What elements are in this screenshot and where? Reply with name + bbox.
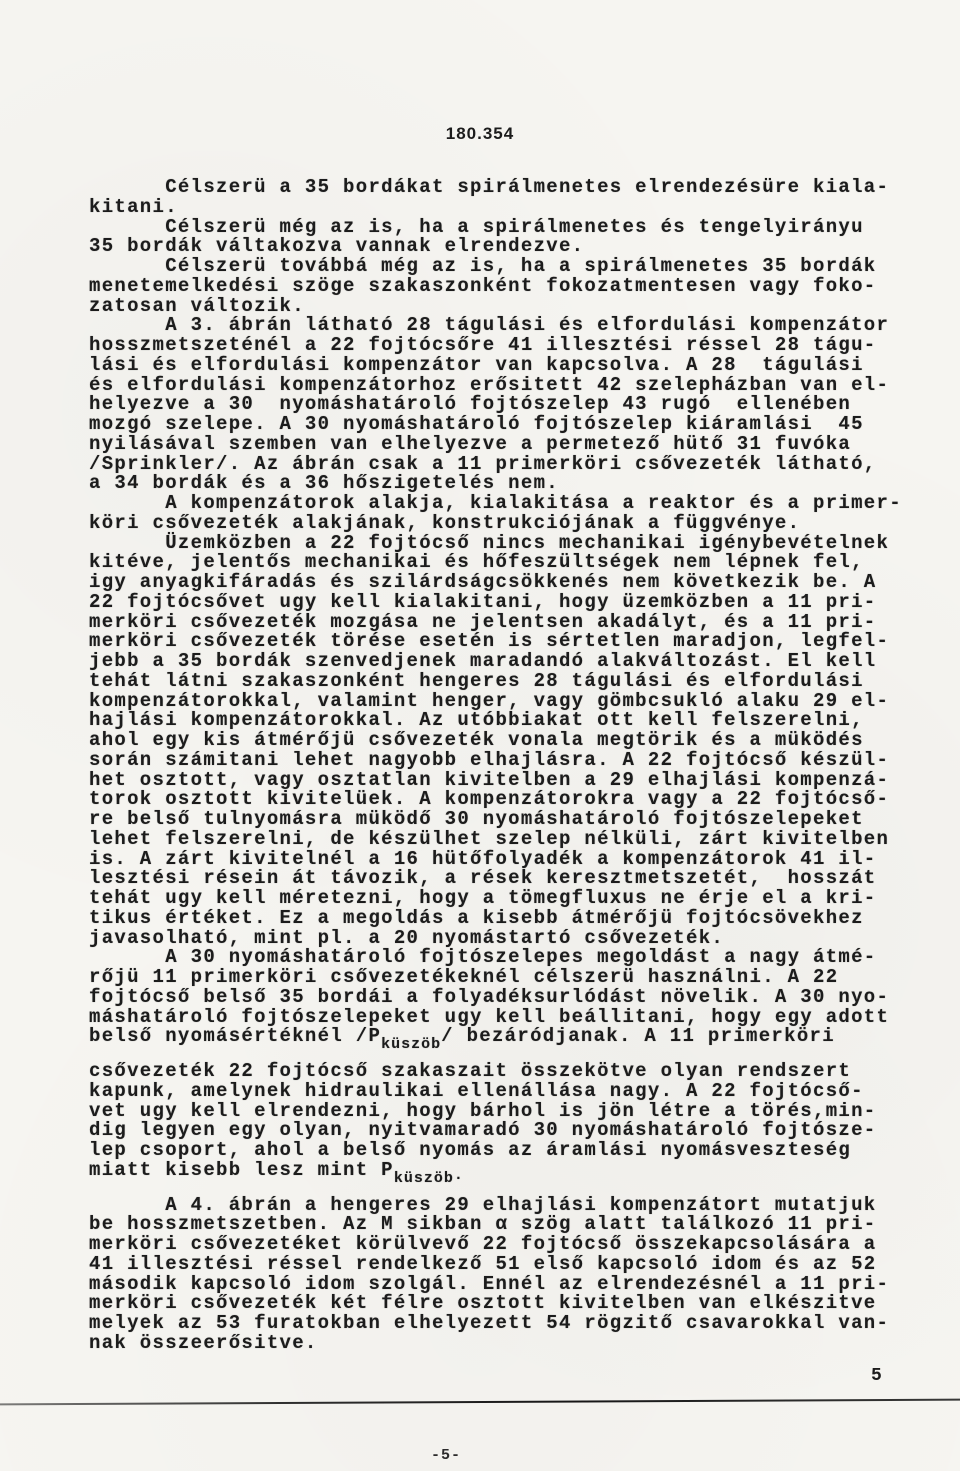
text-line: Célszerü a 35 bordákat spirálmenetes elr…	[89, 178, 904, 198]
text-line: A kompenzátorok alakja, kialakitása a re…	[89, 494, 904, 514]
text-line: mozgó szelepe. A 30 nyomáshatároló fojtó…	[89, 415, 904, 435]
text-line: 22 fojtócsővet ugy kell kialakitani, hog…	[89, 593, 904, 613]
text-line: lehet felszerelni, de készülhet szelep n…	[89, 830, 904, 850]
text-line: hosszmetszeténél a 22 fojtócsőre 41 ille…	[89, 336, 904, 356]
text-line: merköri csővezetéket körülvevő 22 fojtóc…	[89, 1235, 904, 1255]
text-line: fojtócső belső 35 bordái a folyadéksurló…	[89, 988, 904, 1008]
text-line: ahol egy kis átmérőjü csővezeték vonala …	[89, 731, 904, 751]
text-line: 41 illesztési réssel rendelkező 51 első …	[89, 1255, 904, 1275]
text-line: kapunk, amelynek hidraulikai ellenállása…	[89, 1082, 904, 1102]
text-line: lási és elfordulási kompenzátor van kapc…	[89, 356, 904, 376]
text-line: jebb a 35 bordák szenvedjenek maradandó …	[89, 652, 904, 672]
text-line: igy anyagkifáradás és szilárdságcsökkené…	[89, 573, 904, 593]
text-line: miatt kisebb lesz mint Pküszöb·	[89, 1161, 904, 1181]
text-line: csővezeték 22 fojtócső szakaszait összek…	[89, 1062, 904, 1082]
patent-number-heading: 180.354	[0, 124, 960, 144]
subscript-text: küszöb·	[394, 1170, 464, 1187]
text-line: köri csővezeték alakjának, konstrukciójá…	[89, 514, 904, 534]
text-line: tikus értéket. Ez a megoldás a kisebb át…	[89, 909, 904, 929]
footer-page-number: -5-	[431, 1447, 461, 1464]
text-line: nak összeerősitve.	[89, 1334, 904, 1354]
subscript-text: küszöb	[381, 1036, 441, 1053]
text-segment: miatt kisebb lesz mint P	[89, 1159, 394, 1181]
text-line: belső nyomásértéknél /Pküszöb/ bezáródja…	[89, 1027, 904, 1047]
text-line: Célszerü továbbá még az is, ha a spirálm…	[89, 257, 904, 277]
text-line: tehát látni szakaszonként hengeres 28 tá…	[89, 672, 904, 692]
text-line: kitani.	[89, 198, 904, 218]
text-line: során számitani lehet nagyobb elhajlásra…	[89, 751, 904, 771]
text-segment: / bezáródjanak. A 11 primerköri	[441, 1025, 835, 1047]
bottom-divider-line	[0, 1399, 960, 1406]
scanned-document-page: 180.354 Célszerü a 35 bordákat spirálmen…	[0, 0, 960, 1471]
text-line: menetemelkedési szöge szakaszonként foko…	[89, 277, 904, 297]
text-segment: belső nyomásértéknél /P	[89, 1025, 381, 1047]
text-line: rőjü 11 primerköri csővezetékeknél célsz…	[89, 968, 904, 988]
text-line: tehát ugy kell méretezni, hogy a tömegfl…	[89, 889, 904, 909]
page-number: 5	[871, 1366, 882, 1386]
body-text: Célszerü a 35 bordákat spirálmenetes elr…	[89, 178, 904, 1354]
text-line: re belső tulnyomásra müködő 30 nyomáshat…	[89, 810, 904, 830]
text-line: nyilásával szemben van elhelyezve a perm…	[89, 435, 904, 455]
text-line: melyek az 53 furatokban elhelyezett 54 r…	[89, 1314, 904, 1334]
